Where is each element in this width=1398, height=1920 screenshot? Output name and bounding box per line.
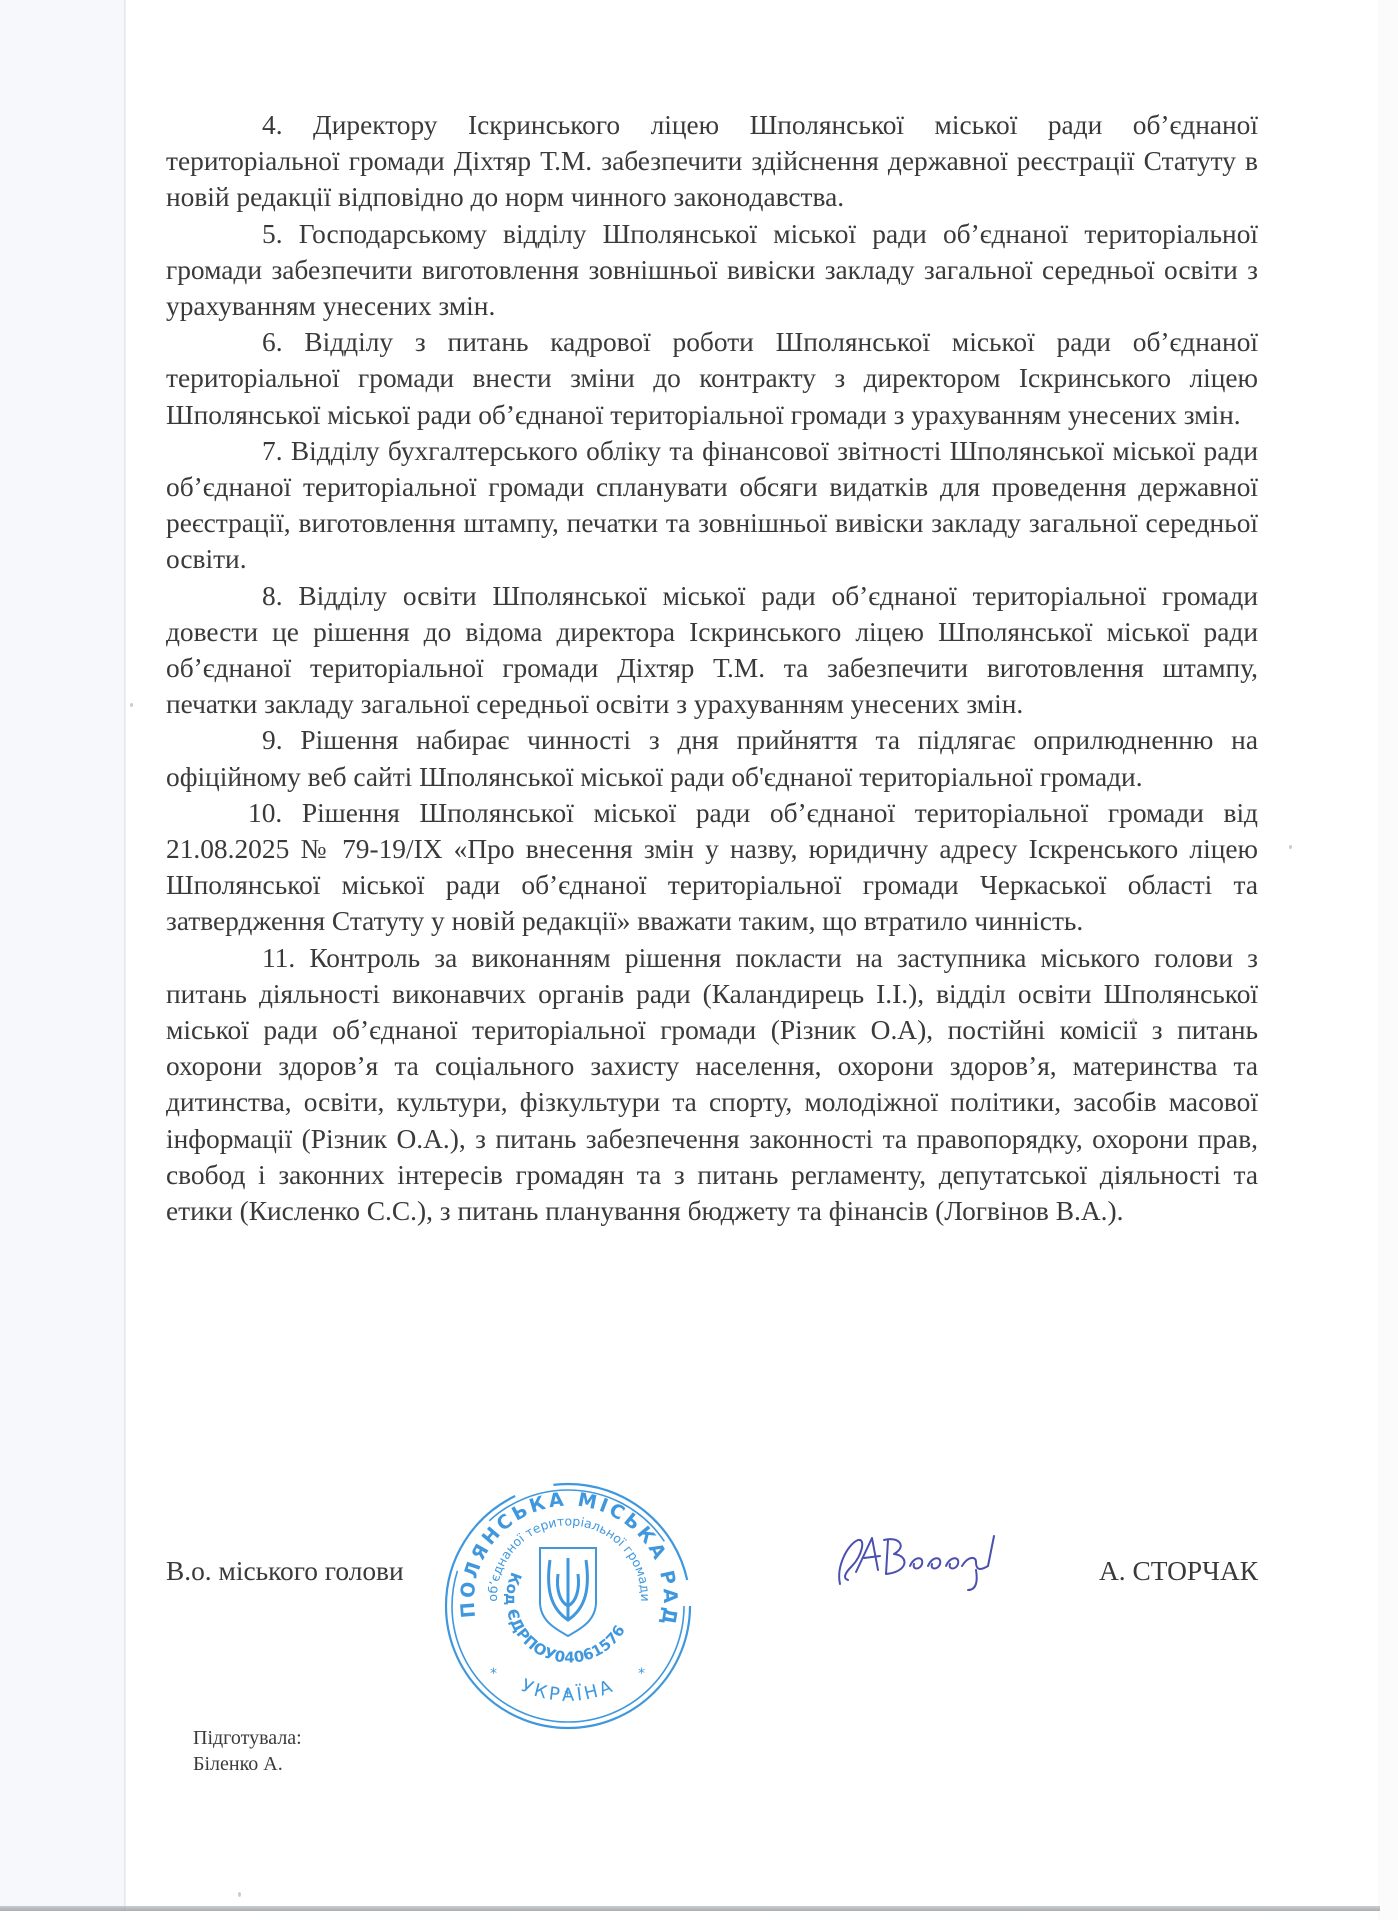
- handwritten-signature-icon: [828, 1526, 1008, 1596]
- svg-text:*: *: [490, 1666, 497, 1682]
- signatory-title: В.о. міського голови: [166, 1553, 404, 1589]
- page-fold-crease: [124, 0, 126, 1910]
- paragraph-7: 7. Відділу бухгалтерського обліку та фін…: [166, 433, 1258, 578]
- signatory-name: А. СТОРЧАК: [1099, 1553, 1258, 1589]
- page-bottom-edge-shadow: [0, 1906, 1380, 1911]
- svg-text:*: *: [638, 1666, 645, 1682]
- paragraph-9: 9. Рішення набирає чинності з дня прийня…: [166, 722, 1258, 794]
- prepared-by-block: Підготувала: Біленко А.: [193, 1725, 302, 1777]
- page-left-margin-shade: [0, 0, 125, 1910]
- scan-speck: [238, 1892, 241, 1897]
- paragraph-5: 5. Господарському відділу Шполянської мі…: [166, 216, 1258, 325]
- prepared-by-name: Біленко А.: [193, 1751, 302, 1777]
- scan-speck: [130, 703, 133, 707]
- svg-text:ШПОЛЯНСЬКА МІСЬКА РАДА: ШПОЛЯНСЬКА МІСЬКА РАДА: [438, 1478, 681, 1629]
- document-body: 4. Директору Іскринського ліцею Шполянсь…: [166, 107, 1258, 1229]
- paragraph-8: 8. Відділу освіти Шполянської міської ра…: [166, 578, 1258, 723]
- page-right-edge: [1378, 0, 1398, 1920]
- paragraph-11: 11. Контроль за виконанням рішення покла…: [166, 940, 1258, 1230]
- paragraph-6: 6. Відділу з питань кадрової роботи Шпол…: [166, 324, 1258, 433]
- prepared-by-label: Підготувала:: [193, 1725, 302, 1751]
- scan-speck: [1289, 845, 1292, 849]
- official-seal-stamp-icon: ШПОЛЯНСЬКА МІСЬКА РАДА об’єднаної терито…: [438, 1478, 698, 1736]
- stamp-outer-text: ШПОЛЯНСЬКА МІСЬКА РАДА: [438, 1478, 681, 1629]
- scan-speck: [1132, 1018, 1135, 1024]
- svg-text:*: *: [564, 1688, 571, 1704]
- paragraph-10: 10. Рішення Шполянської міської ради об’…: [166, 795, 1258, 940]
- paragraph-4: 4. Директору Іскринського ліцею Шполянсь…: [166, 107, 1258, 216]
